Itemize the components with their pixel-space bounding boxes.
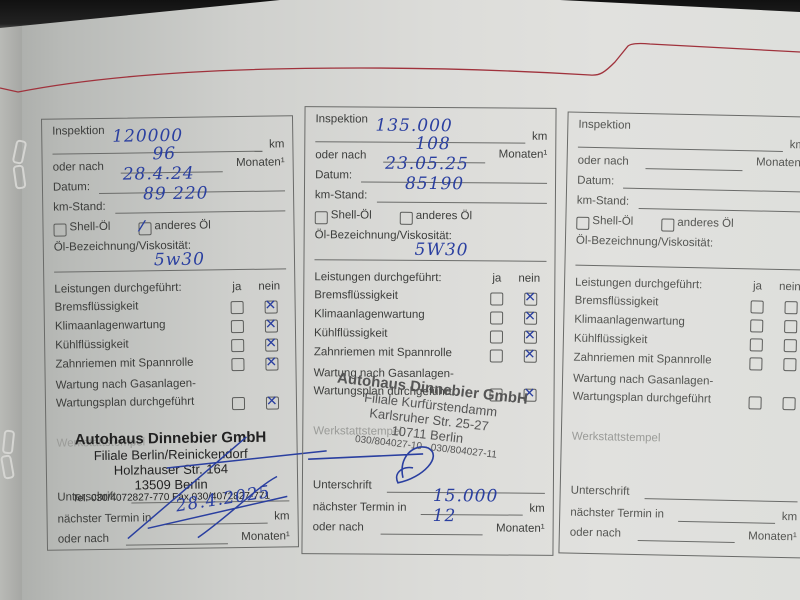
datum-value: 28.4.24 xyxy=(123,164,195,185)
yes-column-label: ja xyxy=(492,272,501,284)
service-label: Klimaanlagenwartung xyxy=(55,319,166,333)
datum-label: Datum: xyxy=(577,175,614,188)
signature-scribble xyxy=(302,437,543,559)
service-yes-checkbox[interactable] xyxy=(749,357,762,370)
signature-line xyxy=(645,498,798,502)
no-column-label: nein xyxy=(779,281,800,293)
oil-spec-line xyxy=(314,259,546,262)
service-no-checkbox[interactable] xyxy=(784,301,797,314)
shell-oil-label: Shell-Öl xyxy=(592,215,633,228)
km-stand-label: km-Stand: xyxy=(315,189,368,201)
service-no-checkbox[interactable] xyxy=(266,396,279,409)
service-no-checkbox[interactable] xyxy=(784,320,797,333)
inspection-title: Inspektion xyxy=(52,125,105,138)
km-unit-label: km xyxy=(269,138,285,150)
monaten-label: Monaten¹ xyxy=(236,156,285,169)
no-column-label: nein xyxy=(518,273,540,285)
oil-spec-label: Öl-Bezeichnung/Viskosität: xyxy=(576,235,713,250)
other-oil-checkbox[interactable] xyxy=(138,222,151,235)
services-heading: Leistungen durchgeführt: xyxy=(314,271,441,284)
service-label: Bremsflüssigkeit xyxy=(575,295,659,309)
service-label: Bremsflüssigkeit xyxy=(55,300,139,313)
months-value: 108 xyxy=(415,134,451,154)
service-yes-checkbox[interactable] xyxy=(231,358,244,371)
service-label: Zahnriemen mit Spannrolle xyxy=(55,357,193,371)
services-heading: Leistungen durchgeführt: xyxy=(575,277,702,292)
other-oil-checkbox[interactable] xyxy=(400,212,413,225)
inspection-entry-3: Inspektion km oder nach Monaten¹ Datum: … xyxy=(558,111,800,558)
oder-nach-label: oder nach xyxy=(578,155,629,168)
service-label: Wartungsplan durchgeführt xyxy=(56,396,194,410)
yes-column-label: ja xyxy=(753,280,762,292)
months-value: 96 xyxy=(152,144,176,164)
inspection-entry-2: Inspektion 135.000 km oder nach 108 Mona… xyxy=(301,106,556,556)
service-yes-checkbox[interactable] xyxy=(490,311,503,324)
datum-value: 23.05.25 xyxy=(385,154,469,175)
service-no-checkbox[interactable] xyxy=(265,338,278,351)
oder-nach-label: oder nach xyxy=(53,161,104,174)
service-yes-checkbox[interactable] xyxy=(750,319,763,332)
service-label: Kühlflüssigkeit xyxy=(314,327,388,340)
service-yes-checkbox[interactable] xyxy=(490,292,503,305)
km-stand-label: km-Stand: xyxy=(53,201,106,214)
km-stand-line xyxy=(377,202,547,204)
service-no-checkbox[interactable] xyxy=(265,300,278,313)
service-yes-checkbox[interactable] xyxy=(490,330,503,343)
months-line xyxy=(645,168,742,171)
service-no-checkbox[interactable] xyxy=(524,331,537,344)
other-oil-label: anderes Öl xyxy=(677,217,734,230)
service-yes-checkbox[interactable] xyxy=(750,338,763,351)
shell-oil-checkbox[interactable] xyxy=(576,217,589,230)
km-unit-label: km xyxy=(532,131,547,143)
shell-oil-label: Shell-Öl xyxy=(69,221,110,234)
service-yes-checkbox[interactable] xyxy=(748,396,761,409)
km-line xyxy=(578,147,783,152)
service-no-checkbox[interactable] xyxy=(524,293,537,306)
service-no-checkbox[interactable] xyxy=(782,397,795,410)
next-appointment-label: nächster Termin in xyxy=(570,507,664,521)
oil-spec-line xyxy=(54,268,286,272)
next-km-unit: km xyxy=(782,511,798,523)
service-label: Klimaanlagenwartung xyxy=(574,314,685,328)
shell-oil-checkbox[interactable] xyxy=(315,211,328,224)
service-label: Wartung nach Gasanlagen- xyxy=(56,378,196,392)
next-monaten-label: Monaten¹ xyxy=(748,530,797,543)
datum-label: Datum: xyxy=(315,169,352,181)
service-booklet-page: Inspektion 120000 km oder nach 96 Monate… xyxy=(0,0,800,600)
inspection-title: Inspektion xyxy=(315,113,368,125)
service-label: Wartungsplan durchgeführt xyxy=(573,391,712,406)
km-unit-label: km xyxy=(790,139,800,151)
km-stand-value: 89 220 xyxy=(143,183,209,204)
next-months-line xyxy=(638,540,735,543)
shell-oil-checkbox[interactable] xyxy=(53,223,66,236)
yes-column-label: ja xyxy=(232,281,241,293)
next-km-line xyxy=(678,521,775,524)
monaten-label: Monaten¹ xyxy=(756,156,800,169)
service-yes-checkbox[interactable] xyxy=(232,397,245,410)
service-no-checkbox[interactable] xyxy=(265,319,278,332)
other-oil-label: anderes Öl xyxy=(416,210,472,222)
service-no-checkbox[interactable] xyxy=(265,357,278,370)
service-no-checkbox[interactable] xyxy=(524,350,537,363)
service-no-checkbox[interactable] xyxy=(784,339,797,352)
service-label: Zahnriemen mit Spannrolle xyxy=(314,346,452,359)
signature-label: Unterschrift xyxy=(571,485,630,498)
shell-oil-label: Shell-Öl xyxy=(331,209,372,221)
service-label: Klimaanlagenwartung xyxy=(314,308,425,321)
km-stand-value: 85190 xyxy=(405,174,464,194)
next-oder-nach-label: oder nach xyxy=(570,527,621,540)
service-label: Kühlflüssigkeit xyxy=(55,339,129,352)
inspection-entry-1: Inspektion 120000 km oder nach 96 Monate… xyxy=(41,115,299,550)
km-stand-label: km-Stand: xyxy=(577,195,630,208)
oder-nach-label: oder nach xyxy=(315,149,366,161)
service-label: Kühlflüssigkeit xyxy=(574,333,648,347)
km-stand-line xyxy=(639,208,800,212)
monaten-label: Monaten¹ xyxy=(499,148,548,160)
services-heading: Leistungen durchgeführt: xyxy=(54,282,181,296)
service-no-checkbox[interactable] xyxy=(783,358,796,371)
km-stand-line xyxy=(115,210,285,213)
oil-spec-value: 5w30 xyxy=(154,250,205,271)
oil-spec-value: 5W30 xyxy=(414,240,468,260)
inspection-title: Inspektion xyxy=(578,119,631,132)
other-oil-checkbox[interactable] xyxy=(661,218,674,231)
service-label: Bremsflüssigkeit xyxy=(314,289,398,302)
no-column-label: nein xyxy=(258,280,280,292)
inspection-km-value: 135.000 xyxy=(375,116,452,137)
other-oil-label: anderes Öl xyxy=(154,219,210,232)
oil-spec-line xyxy=(575,265,800,271)
workshop-stamp-label: Werkstattstempel xyxy=(572,431,661,445)
service-label: Zahnriemen mit Spannrolle xyxy=(573,352,711,367)
service-no-checkbox[interactable] xyxy=(524,312,537,325)
service-yes-checkbox[interactable] xyxy=(231,339,244,352)
service-label: Wartung nach Gasanlagen- xyxy=(573,373,713,388)
next-oder-nach-label: oder nach xyxy=(58,533,109,546)
service-yes-checkbox[interactable] xyxy=(231,301,244,314)
datum-line xyxy=(623,188,800,193)
service-yes-checkbox[interactable] xyxy=(231,320,244,333)
service-yes-checkbox[interactable] xyxy=(490,349,503,362)
service-yes-checkbox[interactable] xyxy=(750,300,763,313)
datum-label: Datum: xyxy=(53,181,90,194)
